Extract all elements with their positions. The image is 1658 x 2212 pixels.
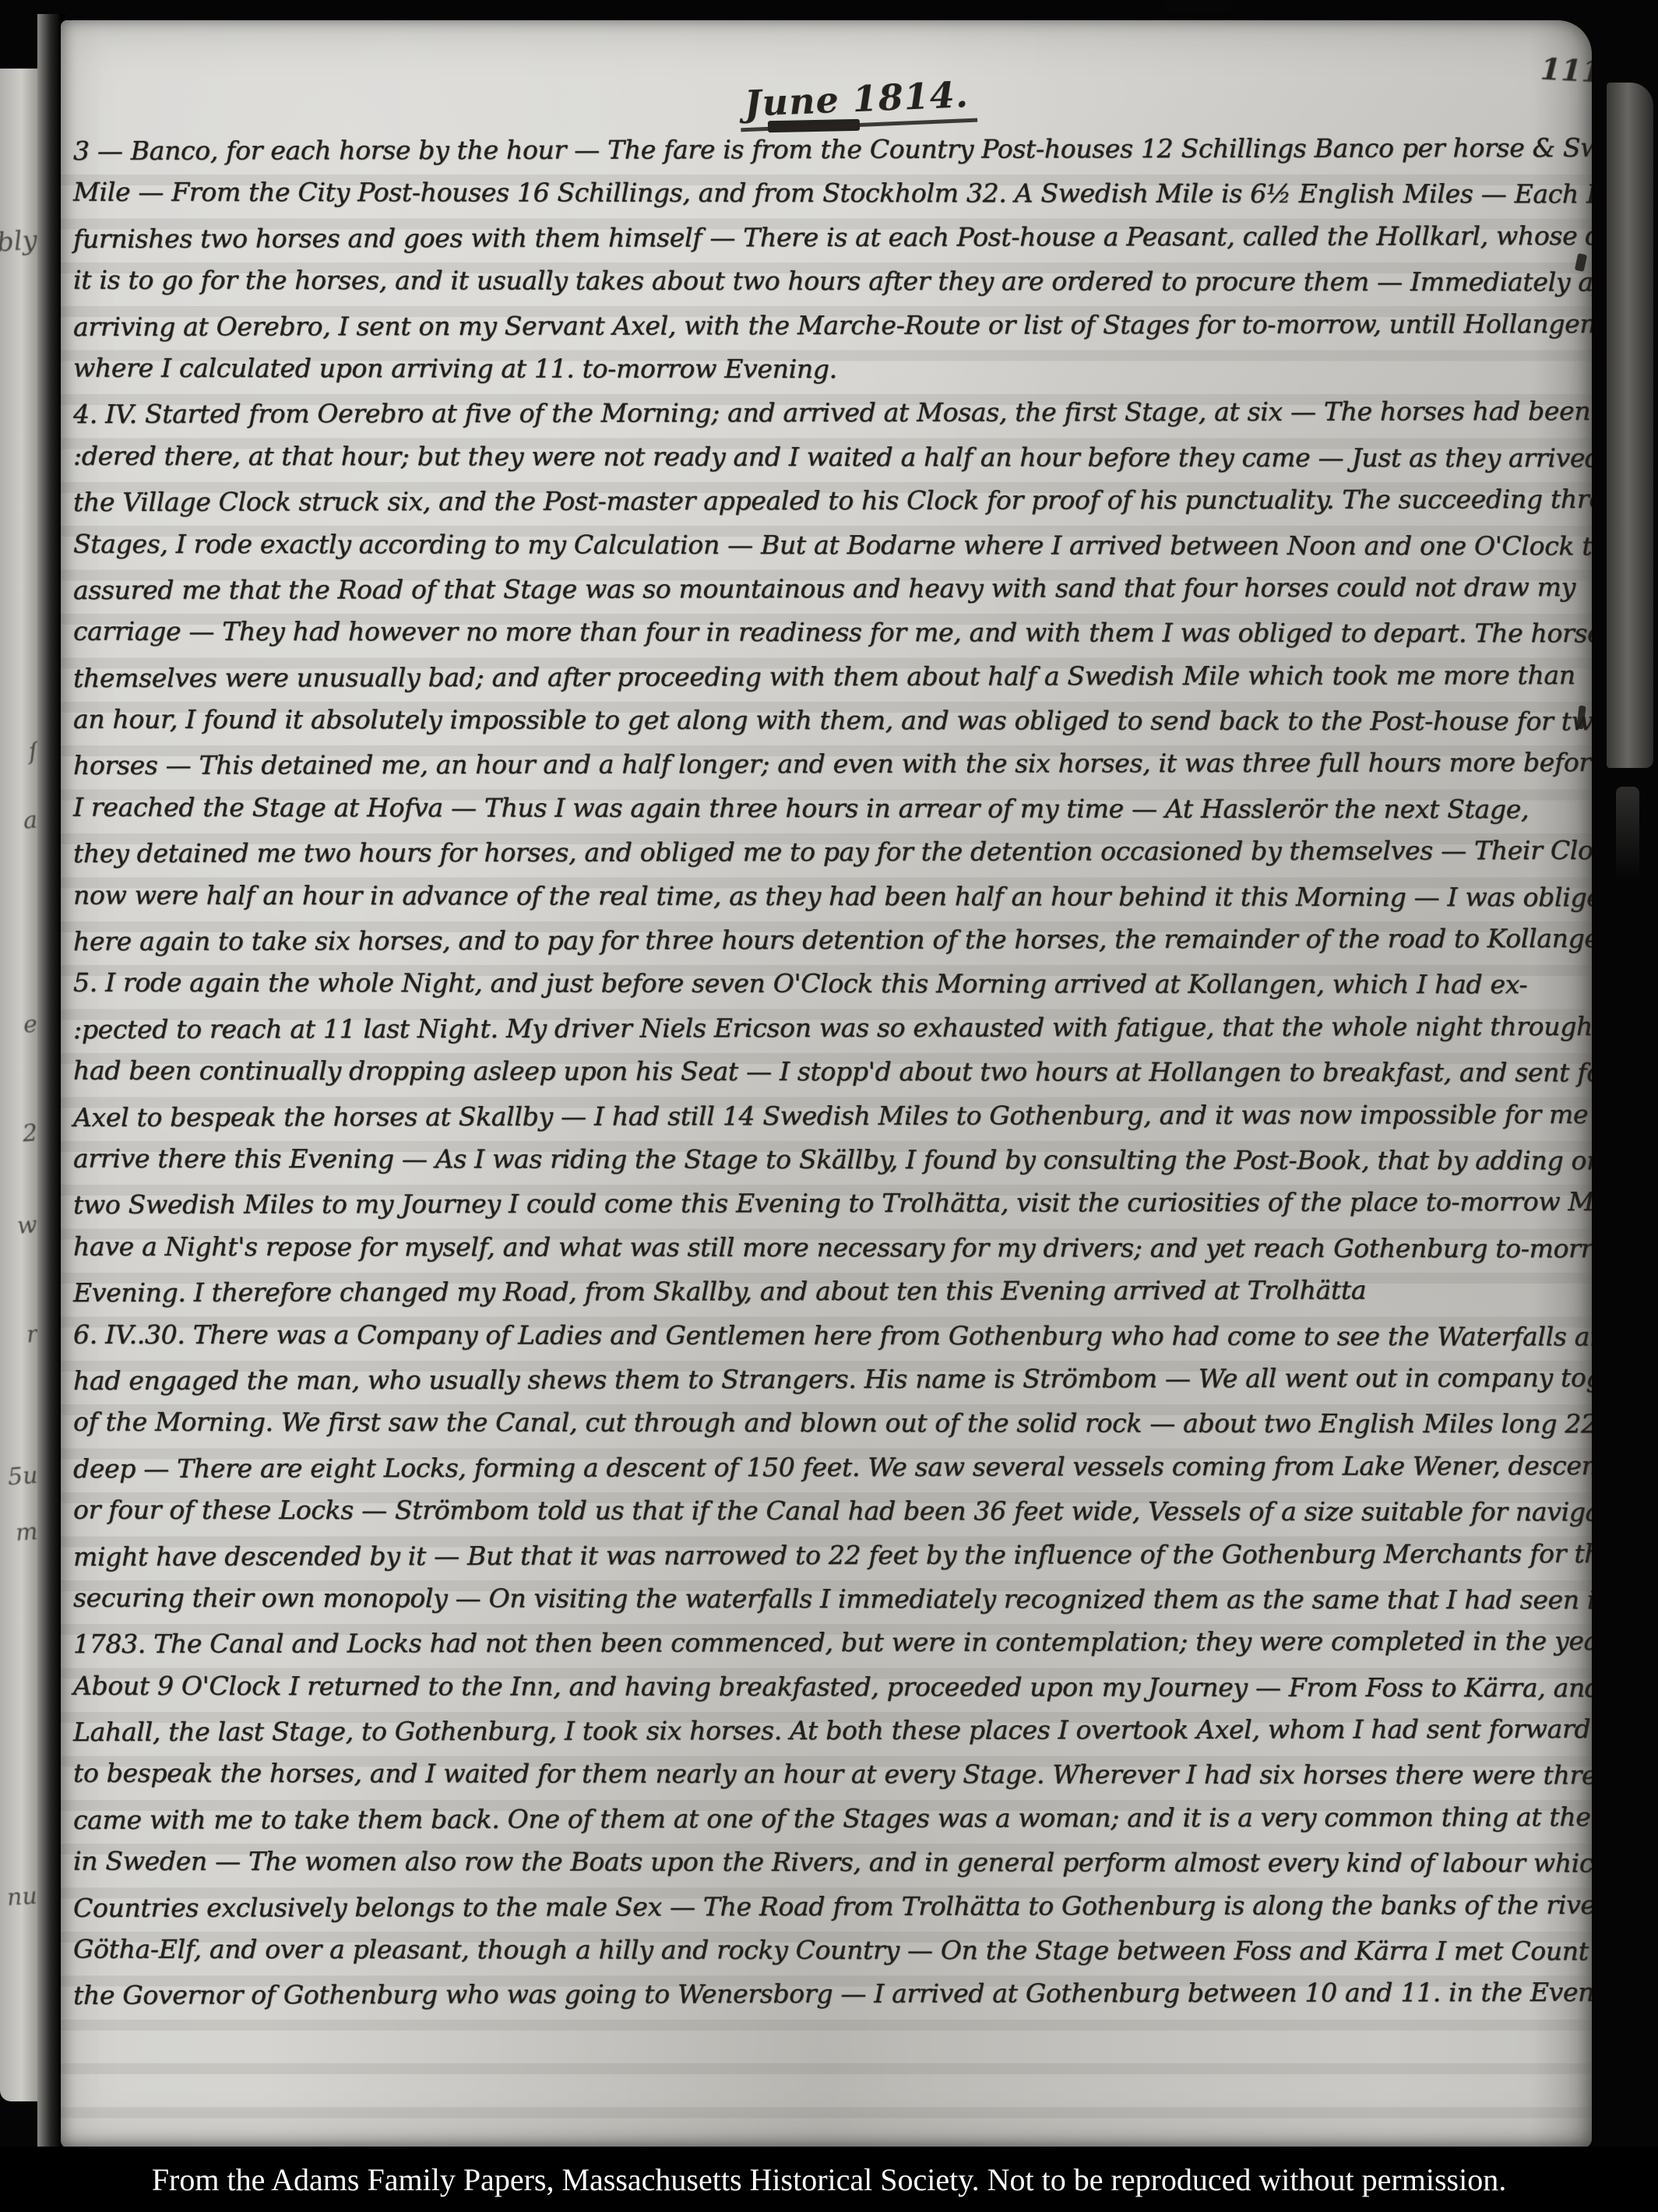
manuscript-line: had engaged the man, who usually shews t…: [73, 1356, 1587, 1403]
manuscript-page: June 1814. 111. 3 — Banco, for each hors…: [61, 20, 1592, 2148]
page-number: 111.: [1540, 51, 1592, 90]
manuscript-line: Countries exclusively belongs to the mal…: [73, 1883, 1587, 1930]
scan-edge-notch: [1164, 0, 1233, 13]
manuscript-line: 4. IV. Started from Oerebro at five of t…: [73, 389, 1587, 436]
manuscript-line: About 9 O'Clock I returned to the Inn, a…: [73, 1664, 1587, 1710]
margin-ink-fragment: m: [14, 1518, 38, 1547]
adjacent-page-edge: [1607, 83, 1653, 768]
manuscript-line: Lahall, the last Stage, to Gothenburg, I…: [73, 1707, 1587, 1754]
manuscript-line: an hour, I found it absolutely impossibl…: [73, 698, 1587, 744]
manuscript-line: Mile — From the City Post-houses 16 Schi…: [73, 171, 1587, 217]
margin-ink-fragment: a: [23, 806, 38, 834]
manuscript-line: where I calculated upon arriving at 11. …: [73, 347, 1587, 393]
manuscript-line: Götha-Elf, and over a pleasant, though a…: [73, 1928, 1587, 1974]
margin-ink-fragment: w: [16, 1211, 38, 1240]
manuscript-line: :dered there, at that hour; but they wer…: [73, 434, 1587, 480]
manuscript-line: have a Night's repose for myself, and wh…: [73, 1224, 1587, 1270]
entry-month-heading: June 1814.: [739, 73, 977, 132]
manuscript-line: arrive there this Evening — As I was rid…: [73, 1137, 1587, 1183]
manuscript-line: here again to take six horses, and to pa…: [73, 917, 1587, 963]
manuscript-line: Evening. I therefore changed my Road, fr…: [73, 1268, 1587, 1315]
manuscript-line: Stages, I rode exactly according to my C…: [73, 522, 1587, 568]
manuscript-line: carriage — They had however no more than…: [73, 610, 1587, 656]
manuscript-line: 6. IV..30. There was a Company of Ladies…: [73, 1312, 1587, 1358]
manuscript-line: horses — This detained me, an hour and a…: [73, 741, 1587, 787]
manuscript-line: it is to go for the horses, and it usual…: [73, 259, 1587, 305]
manuscript-line: two Swedish Miles to my Journey I could …: [73, 1180, 1587, 1227]
manuscript-line: securing their own monopoly — On visitin…: [73, 1576, 1587, 1622]
margin-ink-fragment: 2: [22, 1119, 38, 1147]
margin-ink-fragment: r: [25, 1321, 38, 1349]
manuscript-line: themselves were unusually bad; and after…: [73, 653, 1587, 700]
adjacent-page-shadow: [1616, 787, 1639, 880]
manuscript-line: arriving at Oerebro, I sent on my Servan…: [73, 302, 1587, 349]
archive-caption-bar: From the Adams Family Papers, Massachuse…: [0, 2147, 1658, 2212]
manuscript-line: :pected to reach at 11 last Night. My dr…: [73, 1005, 1587, 1051]
margin-ink-fragment: e: [23, 1010, 38, 1038]
manuscript-line: might have descended by it — But that it…: [73, 1531, 1587, 1578]
scanned-manuscript-page: { "scan": { "page_number": "111.", "titl…: [0, 0, 1658, 2212]
manuscript-line: 5. I rode again the whole Night, and jus…: [73, 961, 1587, 1007]
archive-caption-text: From the Adams Family Papers, Massachuse…: [152, 2161, 1506, 2198]
manuscript-line: deep — There are eight Locks, forming a …: [73, 1444, 1587, 1491]
facing-page-edge: blyſae2wr5umnu: [0, 69, 39, 2101]
manuscript-line: furnishes two horses and goes with them …: [73, 214, 1587, 261]
margin-ink-fragment: 5u: [6, 1462, 38, 1492]
manuscript-line: the Village Clock struck six, and the Po…: [73, 477, 1587, 524]
manuscript-line: now were half an hour in advance of the …: [73, 873, 1587, 919]
manuscript-line: came with me to take them back. One of t…: [73, 1795, 1587, 1842]
manuscript-line: in Sweden — The women also row the Boats…: [73, 1840, 1587, 1886]
manuscript-body: 3 — Banco, for each horse by the hour — …: [73, 128, 1587, 2017]
manuscript-line: or four of these Locks — Strömbom told u…: [73, 1488, 1587, 1534]
manuscript-line: had been continually dropping asleep upo…: [73, 1049, 1587, 1095]
manuscript-line: to bespeak the horses, and I waited for …: [73, 1752, 1587, 1798]
manuscript-line: the Governor of Gothenburg who was going…: [73, 1971, 1587, 2017]
manuscript-line: Axel to bespeak the horses at Skallby — …: [73, 1093, 1587, 1139]
manuscript-line: assured me that the Road of that Stage w…: [73, 565, 1587, 612]
margin-ink-fragment: bly: [0, 224, 38, 259]
manuscript-line: 1783. The Canal and Locks had not then b…: [73, 1619, 1587, 1666]
manuscript-line: 3 — Banco, for each horse by the hour — …: [73, 126, 1587, 173]
manuscript-line: I reached the Stage at Hofva — Thus I wa…: [73, 786, 1587, 832]
manuscript-line: of the Morning. We first saw the Canal, …: [73, 1400, 1587, 1446]
manuscript-line: they detained me two hours for horses, a…: [73, 829, 1587, 875]
margin-ink-fragment: nu: [6, 1883, 38, 1912]
